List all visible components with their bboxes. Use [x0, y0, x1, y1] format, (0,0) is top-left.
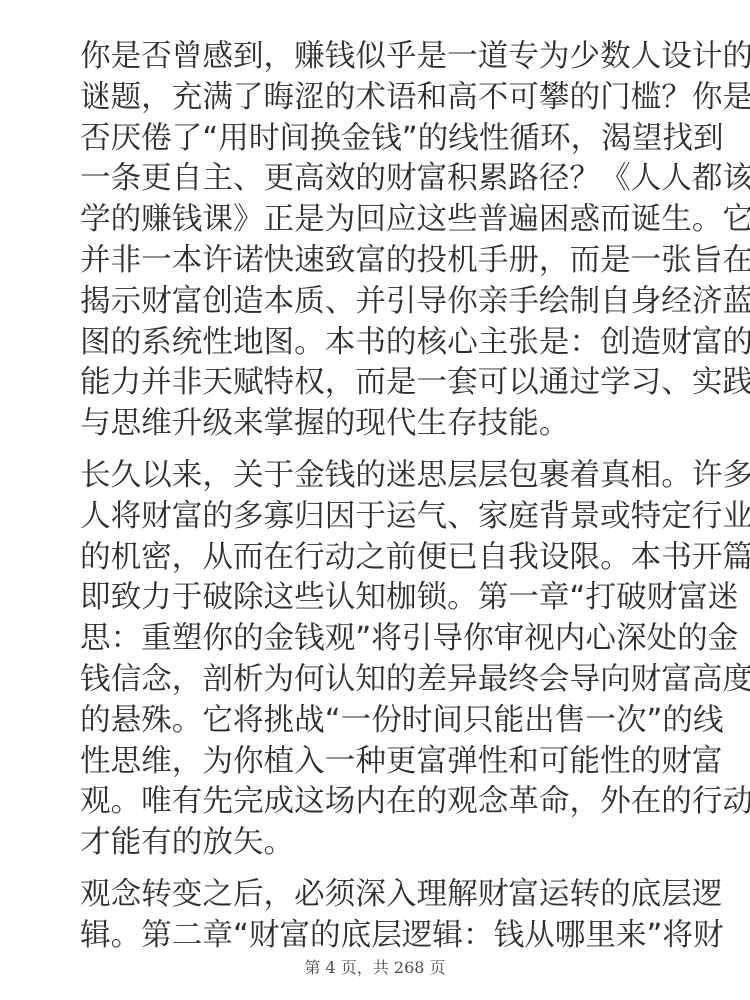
text-line: 性思维，为你植入一种更富弹性和可能性的财富: [80, 742, 680, 783]
text-line: 长久以来，关于金钱的迷思层层包裹着真相。许多: [80, 456, 680, 497]
document-page: 你是否曾感到，赚钱似乎是一道专为少数人设计的 谜题，充满了晦涩的术语和高不可攀的…: [0, 0, 750, 1000]
text-line: 的悬殊。它将挑战“一份时间只能出售一次”的线: [80, 701, 680, 742]
text-line: 图的系统性地图。本书的核心主张是：创造财富的: [80, 323, 680, 364]
text-line: 学的赚钱课》正是为回应这些普遍困惑而诞生。它: [80, 200, 680, 241]
text-line: 一条更自主、更高效的财富积累路径？《人人都该: [80, 159, 680, 200]
text-line: 揭示财富创造本质、并引导你亲手绘制自身经济蓝: [80, 282, 680, 323]
text-line: 观念转变之后，必须深入理解财富运转的底层逻: [80, 875, 680, 916]
text-line: 的机密，从而在行动之前便已自我设限。本书开篇: [80, 538, 680, 579]
text-line: 否厌倦了“用时间换金钱”的线性循环，渴望找到: [80, 119, 680, 160]
page-body-text: 你是否曾感到，赚钱似乎是一道专为少数人设计的 谜题，充满了晦涩的术语和高不可攀的…: [80, 37, 680, 968]
text-line: 辑。第二章“财富的底层逻辑：钱从哪里来”将财: [80, 916, 680, 957]
text-line: 才能有的放矢。: [80, 823, 680, 864]
text-line: 钱信念，剖析为何认知的差异最终会导向财富高度: [80, 660, 680, 701]
text-line: 你是否曾感到，赚钱似乎是一道专为少数人设计的: [80, 37, 680, 78]
paragraph-3: 观念转变之后，必须深入理解财富运转的底层逻 辑。第二章“财富的底层逻辑：钱从哪里…: [80, 875, 680, 957]
text-line: 能力并非天赋特权，而是一套可以通过学习、实践: [80, 363, 680, 404]
text-line: 与思维升级来掌握的现代生存技能。: [80, 404, 680, 445]
text-line: 人将财富的多寡归因于运气、家庭背景或特定行业: [80, 497, 680, 538]
text-line: 谜题，充满了晦涩的术语和高不可攀的门槛？你是: [80, 78, 680, 119]
paragraph-2: 长久以来，关于金钱的迷思层层包裹着真相。许多 人将财富的多寡归因于运气、家庭背景…: [80, 456, 680, 864]
text-line: 即致力于破除这些认知枷锁。第一章“打破财富迷: [80, 578, 680, 619]
paragraph-1: 你是否曾感到，赚钱似乎是一道专为少数人设计的 谜题，充满了晦涩的术语和高不可攀的…: [80, 37, 680, 445]
text-line: 思：重塑你的金钱观”将引导你审视内心深处的金: [80, 619, 680, 660]
text-line: 观。唯有先完成这场内在的观念革命，外在的行动: [80, 782, 680, 823]
text-line: 并非一本许诺快速致富的投机手册，而是一张旨在: [80, 241, 680, 282]
page-number-footer: 第 4 页，共 268 页: [0, 957, 750, 979]
